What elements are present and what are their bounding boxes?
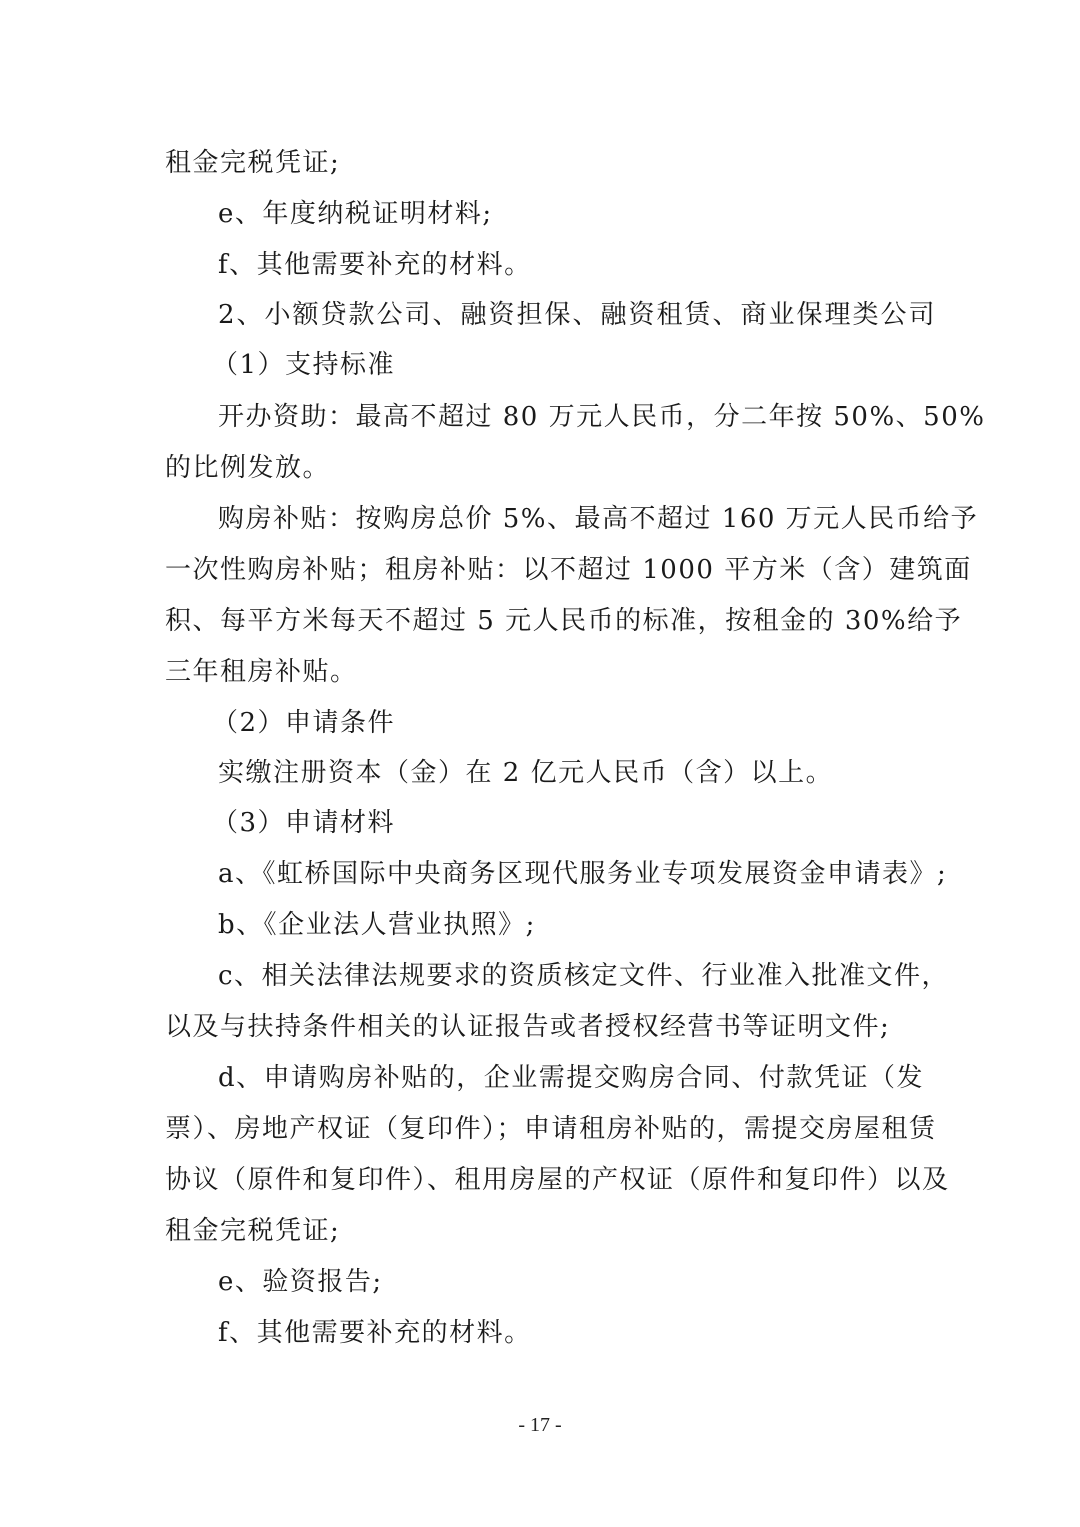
paragraph-line: 票）、房地产权证（复印件）；申请租房补贴的，需提交房屋租赁 — [165, 1112, 925, 1146]
subsection-heading: （1）支持标准 — [212, 348, 982, 382]
list-item-e: e、年度纳税证明材料; — [218, 197, 988, 231]
paragraph-line: 实缴注册资本（金）在 2 亿元人民币（含）以上。 — [218, 756, 988, 790]
subsection-heading: （2）申请条件 — [212, 706, 982, 740]
list-item-d: d、申请购房补贴的，企业需提交购房合同、付款凭证（发 — [218, 1061, 924, 1095]
paragraph-line: 一次性购房补贴；租房补贴：以不超过 1000 平方米（含）建筑面 — [165, 553, 925, 587]
page-number: - 17 - — [0, 1414, 1080, 1437]
list-item-f: f、其他需要补充的材料。 — [218, 1316, 988, 1350]
list-item-f: f、其他需要补充的材料。 — [218, 248, 988, 282]
list-item-c: c、相关法律法规要求的资质核定文件、行业准入批准文件， — [218, 959, 938, 993]
paragraph-line: 积、每平方米每天不超过 5 元人民币的标准，按租金的 30%给予 — [165, 604, 925, 638]
paragraph-line: 开办资助：最高不超过 80 万元人民币，分二年按 50%、50% — [218, 400, 926, 434]
paragraph-line: 三年租房补贴。 — [165, 655, 935, 689]
paragraph-line: 的比例发放。 — [165, 451, 935, 485]
document-page: 租金完税凭证; e、年度纳税证明材料; f、其他需要补充的材料。 2、小额贷款公… — [0, 0, 1080, 1527]
paragraph-line: 租金完税凭证; — [165, 146, 935, 180]
paragraph-line: 以及与扶持条件相关的认证报告或者授权经营书等证明文件; — [165, 1010, 935, 1044]
list-item-e: e、验资报告; — [218, 1265, 988, 1299]
list-item-b: b、《企业法人营业执照》; — [218, 908, 988, 942]
paragraph-line: 购房补贴：按购房总价 5%、最高不超过 160 万元人民币给予 — [218, 502, 924, 536]
subsection-heading: （3）申请材料 — [212, 806, 982, 840]
list-item-a: a、《虹桥国际中央商务区现代服务业专项发展资金申请表》; — [218, 857, 988, 891]
paragraph-line: 租金完税凭证; — [165, 1214, 935, 1248]
paragraph-line: 协议（原件和复印件）、租用房屋的产权证（原件和复印件）以及 — [165, 1163, 925, 1197]
section-heading: 2、小额贷款公司、融资担保、融资租赁、商业保理类公司 — [218, 298, 936, 332]
